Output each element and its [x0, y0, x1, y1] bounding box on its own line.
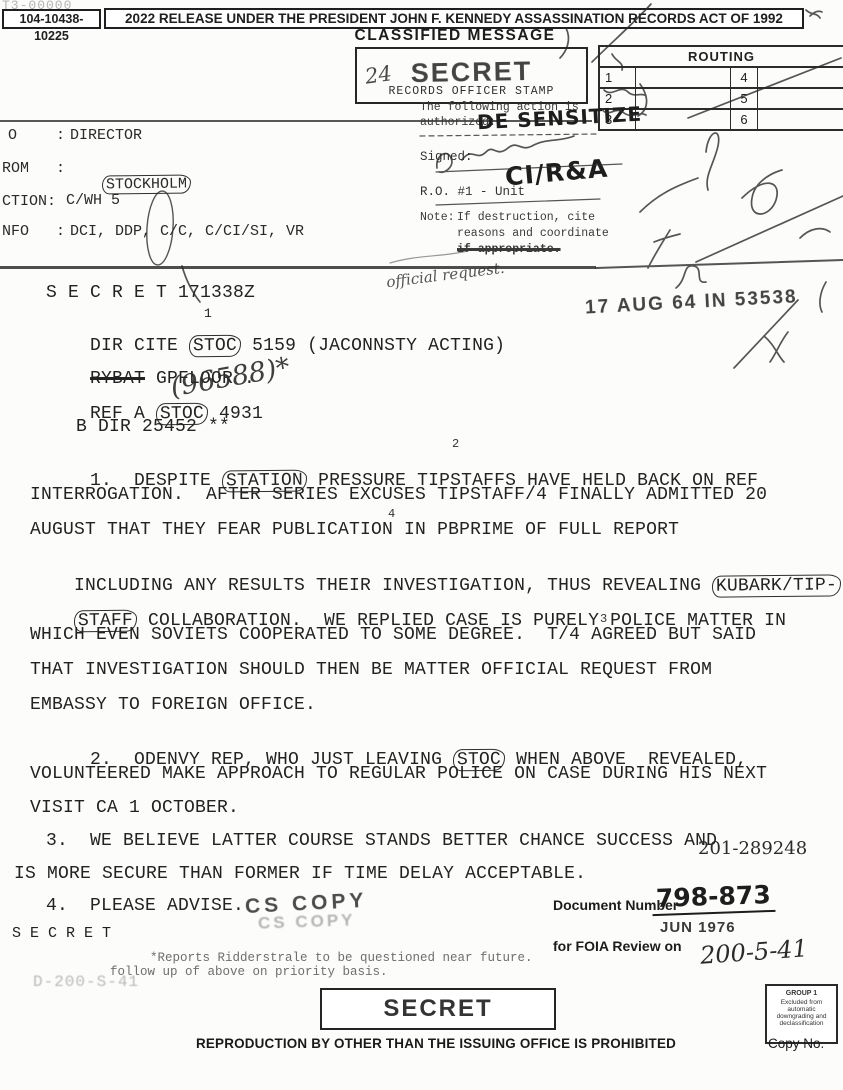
body-line: EMBASSY TO FOREIGN OFFICE.: [30, 695, 316, 715]
body-line: WHICH EVEN SOVIETS COOPERATED TO SOME DE…: [30, 625, 756, 645]
scribble: [648, 230, 680, 268]
copy-no-label: Copy No.: [768, 1036, 824, 1051]
handwritten-200-5-41: 200-5-41: [699, 934, 809, 969]
routing-cell-blank: [636, 110, 730, 129]
reproduction-notice: REPRODUCTION BY OTHER THAN THE ISSUING O…: [196, 1035, 676, 1051]
info-field-value: DCI, DDP, C/C, C/CI/SI, VR: [70, 223, 304, 240]
routing-cell-blank: [636, 89, 730, 108]
form-line: [596, 260, 843, 268]
action-field-value: C/WH 5: [66, 192, 120, 209]
routing-cell-blank: [758, 89, 843, 108]
form-dotted-line: [420, 134, 598, 136]
signature: [462, 136, 574, 160]
body-line: VOLUNTEERED MAKE APPROACH TO REGULAR POL…: [30, 764, 767, 784]
info-field-colon: :: [56, 223, 65, 240]
body-line: IS MORE SECURE THAN FORMER IF TIME DELAY…: [14, 864, 586, 884]
handwritten-official-request: official request.: [385, 259, 505, 291]
body-line: VISIT CA 1 OCTOBER.: [30, 798, 239, 818]
footer-secret-line: S E C R E T: [12, 925, 111, 942]
record-id-badge: 104-10438-10225: [2, 9, 101, 29]
body-line: INTERROGATION. AFTER SERIES EXCUSES TIPS…: [30, 485, 767, 505]
note-line1: If destruction, cite: [457, 211, 595, 224]
secret-box-text: SECRET: [322, 990, 554, 1028]
document-page: T3-00000 104-10438-10225 2022 RELEASE UN…: [0, 0, 843, 1090]
ref-b-line: B DIR 25452 **: [76, 417, 230, 437]
scribble: [764, 332, 788, 362]
scribble: [676, 266, 706, 288]
faded-annotation-2: follow up of above on priority basis.: [110, 965, 388, 979]
action-field-label: CTION:: [2, 193, 56, 210]
handwritten-ci-ra: CI/R&A: [504, 154, 609, 192]
scribble: [820, 282, 826, 312]
body-line: 4. PLEASE ADVISE.: [46, 896, 244, 916]
scribble: [806, 10, 822, 18]
routing-cell: 4: [730, 68, 758, 87]
form-line: [436, 199, 600, 205]
secret-stamp: SECRET: [357, 55, 587, 90]
group-1-title: GROUP 1: [767, 990, 836, 997]
to-field-value: DIRECTOR: [70, 127, 142, 144]
to-field-colon: :: [56, 127, 65, 144]
routing-cell-blank: [636, 68, 730, 87]
jun-1976-stamp: JUN 1976: [660, 919, 736, 936]
faded-annotation-1: *Reports Ridderstrale to be questioned n…: [150, 951, 533, 965]
body-line: AUGUST THAT THEY FEAR PUBLICATION IN PBP…: [30, 520, 679, 540]
group-1-line2: Excluded from automatic: [767, 999, 836, 1013]
routing-row: 1 4: [600, 68, 843, 89]
page-title: CLASSIFIED MESSAGE: [330, 27, 580, 45]
routing-cell: 5: [730, 89, 758, 108]
scribble: [706, 133, 719, 190]
to-field-label: O: [8, 127, 17, 144]
from-field-colon: :: [56, 160, 65, 177]
body-line: 3. WE BELIEVE LATTER COURSE STANDS BETTE…: [46, 831, 717, 851]
classification-line: S E C R E T 171338Z: [46, 283, 255, 303]
signed-label: Signed:: [420, 150, 473, 164]
routing-header: ROUTING: [600, 47, 843, 68]
routing-cell-blank: [758, 110, 843, 129]
group-1-line3: downgrading and: [767, 1013, 836, 1020]
group-1-line4: declassification: [767, 1020, 836, 1027]
scribble: [640, 178, 698, 212]
routing-cell-blank: [758, 68, 843, 87]
routing-cell: 1: [600, 68, 636, 87]
note-line2: reasons and coordinate: [457, 227, 609, 240]
date-received-stamp: 17 AUG 64 IN 53538: [585, 286, 799, 319]
handwritten-file-number: 201-289248: [698, 838, 807, 859]
superscript-4: 4: [388, 507, 395, 521]
scribble: [800, 229, 830, 238]
release-banner: 2022 RELEASE UNDER THE PRESIDENT JOHN F.…: [104, 8, 804, 29]
superscript-3: 3: [600, 612, 607, 626]
note-label: Note:: [420, 211, 455, 224]
records-officer-stamp-box: 24 RECORDS OFFICER STAMP SECRET: [355, 47, 588, 104]
routing-cell: 6: [730, 110, 758, 129]
scribble: [742, 170, 782, 214]
from-field-label: ROM: [2, 160, 29, 177]
secret-box-stamp: SECRET: [320, 988, 556, 1030]
scribble: [696, 196, 843, 262]
info-field-label: NFO: [2, 223, 29, 240]
handwritten-document-number: 798-873: [651, 880, 775, 916]
superscript-2: 2: [452, 437, 459, 451]
divider-heavy: [0, 266, 596, 269]
body-line: THAT INVESTIGATION SHOULD THEN BE MATTER…: [30, 660, 712, 680]
foia-review-label: for FOIA Review on: [553, 938, 682, 954]
cs-copy-stamp-ghost: CS COPY: [258, 910, 356, 933]
faint-d200-file: D-200-S-41: [33, 973, 139, 991]
note-line3: if appropriate.: [457, 243, 561, 256]
group-1-box: GROUP 1 Excluded from automatic downgrad…: [765, 984, 838, 1044]
